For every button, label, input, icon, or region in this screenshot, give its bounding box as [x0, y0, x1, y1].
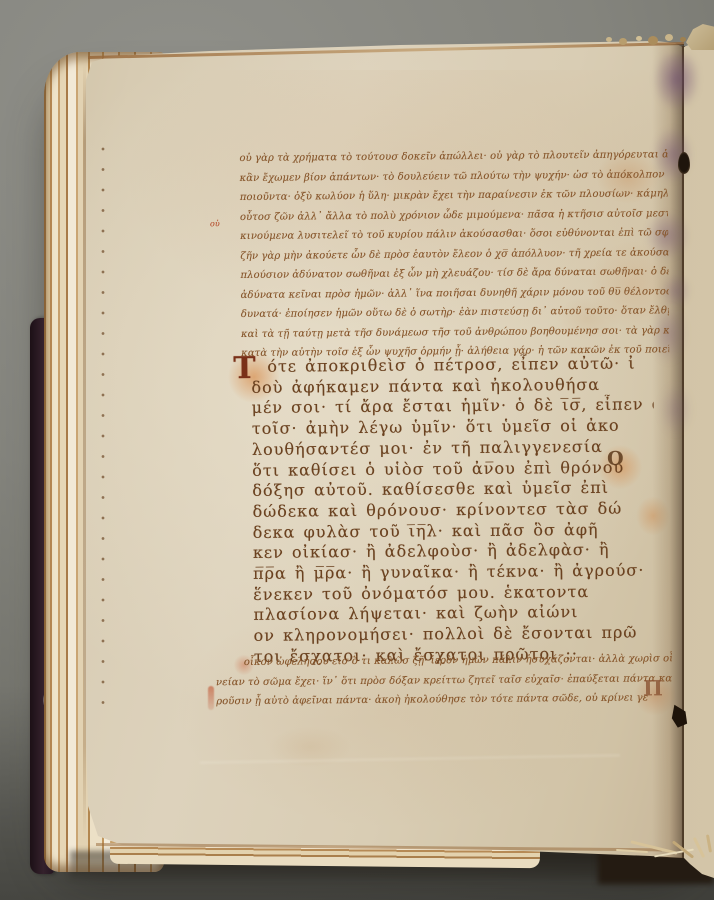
text-block-commentary-top: οὐ γὰρ τὰ χρήματα τὸ τούτουσ δοκεῖν ἀπώλ… — [239, 145, 669, 365]
text-block-gospel: ότε ἀποκριθεὶσ ὁ πέτροσ, εἶπεν αὐτῶ· ἰ δ… — [251, 353, 656, 668]
text-line: ροῦσιν ᾗ αὐτὸ ἀφεῖναι πάντα· ἀκοὴ ἠκολού… — [216, 688, 672, 711]
text-layer: οὐ γὰρ τὰ χρήματα τὸ τούτουσ δοκεῖν ἀπώλ… — [0, 0, 714, 900]
margin-rubric-note: οὐ — [210, 219, 220, 228]
manuscript-photo: οὐ γὰρ τὰ χρήματα τὸ τούτουσ δοκεῖν ἀπώλ… — [0, 0, 714, 900]
margin-letter-pi: Π — [643, 675, 663, 700]
text-block-commentary-bottom: οἶκον ὠφελήσου εἰσ ὅ τι καλῶσ ζῇ· ἱερὸν … — [216, 649, 673, 713]
margin-letter-omicron: Ο — [607, 448, 624, 470]
